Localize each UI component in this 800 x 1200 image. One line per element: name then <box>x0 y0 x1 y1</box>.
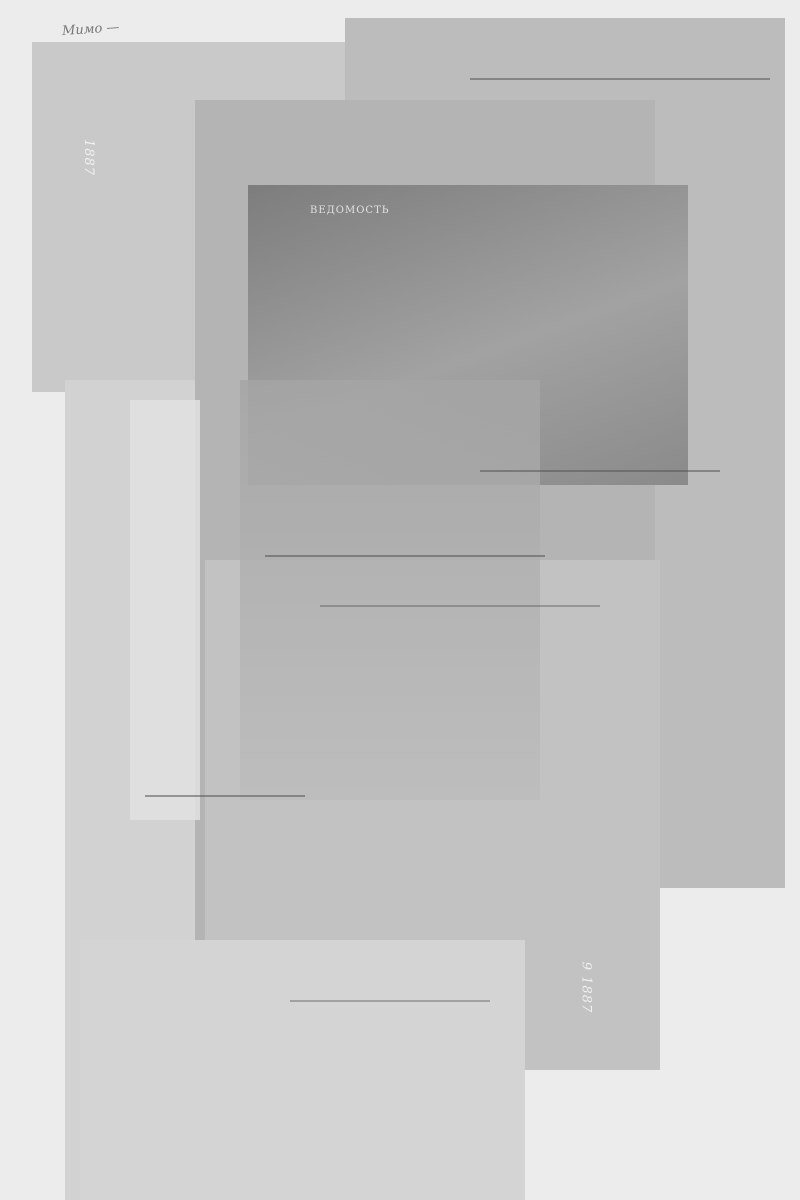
ledger-sheet-dark-mid <box>240 380 540 800</box>
ledger-sheet-bottom <box>80 940 525 1200</box>
handwriting-fragment: ВЕДОМОСТЬ <box>310 205 389 216</box>
handwriting-fragment: 1887 <box>81 139 96 176</box>
rule-line <box>290 1000 490 1002</box>
handwriting-fragment: 9 1887 <box>578 962 593 1014</box>
rule-line <box>320 605 600 607</box>
rule-line <box>480 470 720 472</box>
rule-line <box>265 555 545 557</box>
corner-inscription: Мимо — <box>62 20 120 39</box>
rule-line <box>145 795 305 797</box>
ledger-sheet-light-strip <box>130 400 200 820</box>
rule-line <box>470 78 770 80</box>
